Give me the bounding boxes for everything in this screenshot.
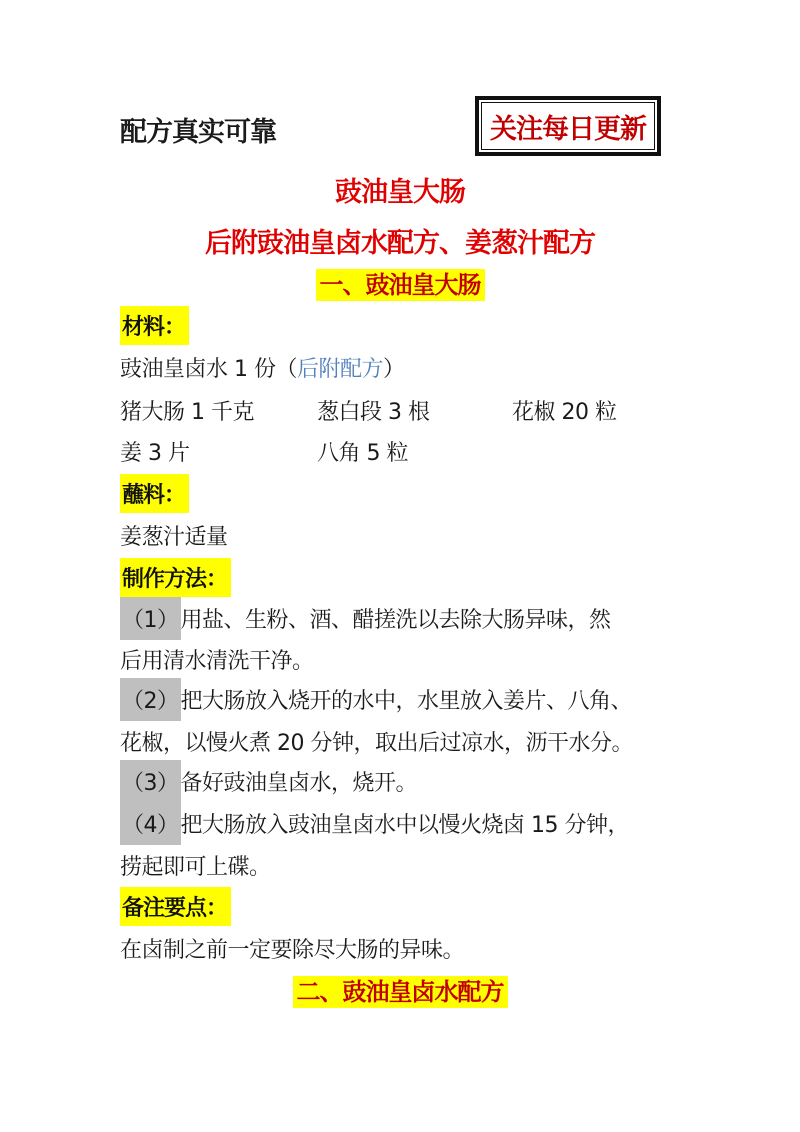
materials-line-1-text: 豉油皇卤水 1 份（ xyxy=(120,357,297,382)
follow-banner: 关注每日更新 xyxy=(475,96,661,156)
dip-label: 蘸料： xyxy=(120,474,189,513)
step-number: （2） xyxy=(120,678,181,721)
dip-text: 姜葱汁适量 xyxy=(120,520,228,551)
step-number: （3） xyxy=(120,760,181,803)
section1-heading: 一、豉油皇大肠 xyxy=(316,269,485,301)
step-2: （2）把大肠放入烧开的水中，水里放入姜片、八角、 xyxy=(120,678,632,721)
ingredient-star-anise: 八角 5 粒 xyxy=(317,436,408,467)
step-number: （4） xyxy=(120,802,181,845)
step-1: （1）用盐、生粉、酒、醋搓洗以去除大肠异味，然 xyxy=(120,597,611,640)
ingredient-ginger: 姜 3 片 xyxy=(120,436,189,467)
method-label: 制作方法： xyxy=(120,558,231,597)
step-number: （1） xyxy=(120,597,181,640)
step-text: 备好豉油皇卤水，烧开。 xyxy=(181,771,418,796)
ingredient-pig-intestine: 猪大肠 1 千克 xyxy=(120,395,254,426)
see-recipe-link[interactable]: 后附配方 xyxy=(297,357,383,382)
step-4-cont: 捞起即可上碟。 xyxy=(120,850,271,881)
step-text: 把大肠放入烧开的水中，水里放入姜片、八角、 xyxy=(181,689,633,714)
step-4: （4）把大肠放入豉油皇卤水中以慢火烧卤 15 分钟， xyxy=(120,802,629,845)
section2-heading: 二、豉油皇卤水配方 xyxy=(293,976,508,1008)
materials-line-1-close: ） xyxy=(383,357,405,382)
step-text: 把大肠放入豉油皇卤水中以慢火烧卤 15 分钟， xyxy=(181,813,629,838)
section2-heading-wrap: 二、豉油皇卤水配方 xyxy=(0,972,800,1007)
notes-label: 备注要点： xyxy=(120,887,231,926)
step-2-cont: 花椒，以慢火煮 20 分钟，取出后过凉水，沥干水分。 xyxy=(120,726,633,757)
materials-line-1: 豉油皇卤水 1 份（后附配方） xyxy=(120,352,405,383)
step-3: （3）备好豉油皇卤水，烧开。 xyxy=(120,760,417,803)
ingredient-scallion: 葱白段 3 根 xyxy=(317,395,429,426)
slogan-text: 配方真实可靠 xyxy=(120,110,276,149)
section1-heading-wrap: 一、豉油皇大肠 xyxy=(0,265,800,300)
recipe-subtitle: 后附豉油皇卤水配方、姜葱汁配方 xyxy=(0,221,800,260)
materials-label: 材料： xyxy=(120,306,189,345)
follow-label: 关注每日更新 xyxy=(481,102,655,150)
step-text: 用盐、生粉、酒、醋搓洗以去除大肠异味，然 xyxy=(181,608,611,633)
ingredient-sichuan-pepper: 花椒 20 粒 xyxy=(512,395,616,426)
step-1-cont: 后用清水清洗干净。 xyxy=(120,644,314,675)
recipe-title: 豉油皇大肠 xyxy=(0,170,800,209)
notes-text: 在卤制之前一定要除尽大肠的异味。 xyxy=(120,933,464,964)
